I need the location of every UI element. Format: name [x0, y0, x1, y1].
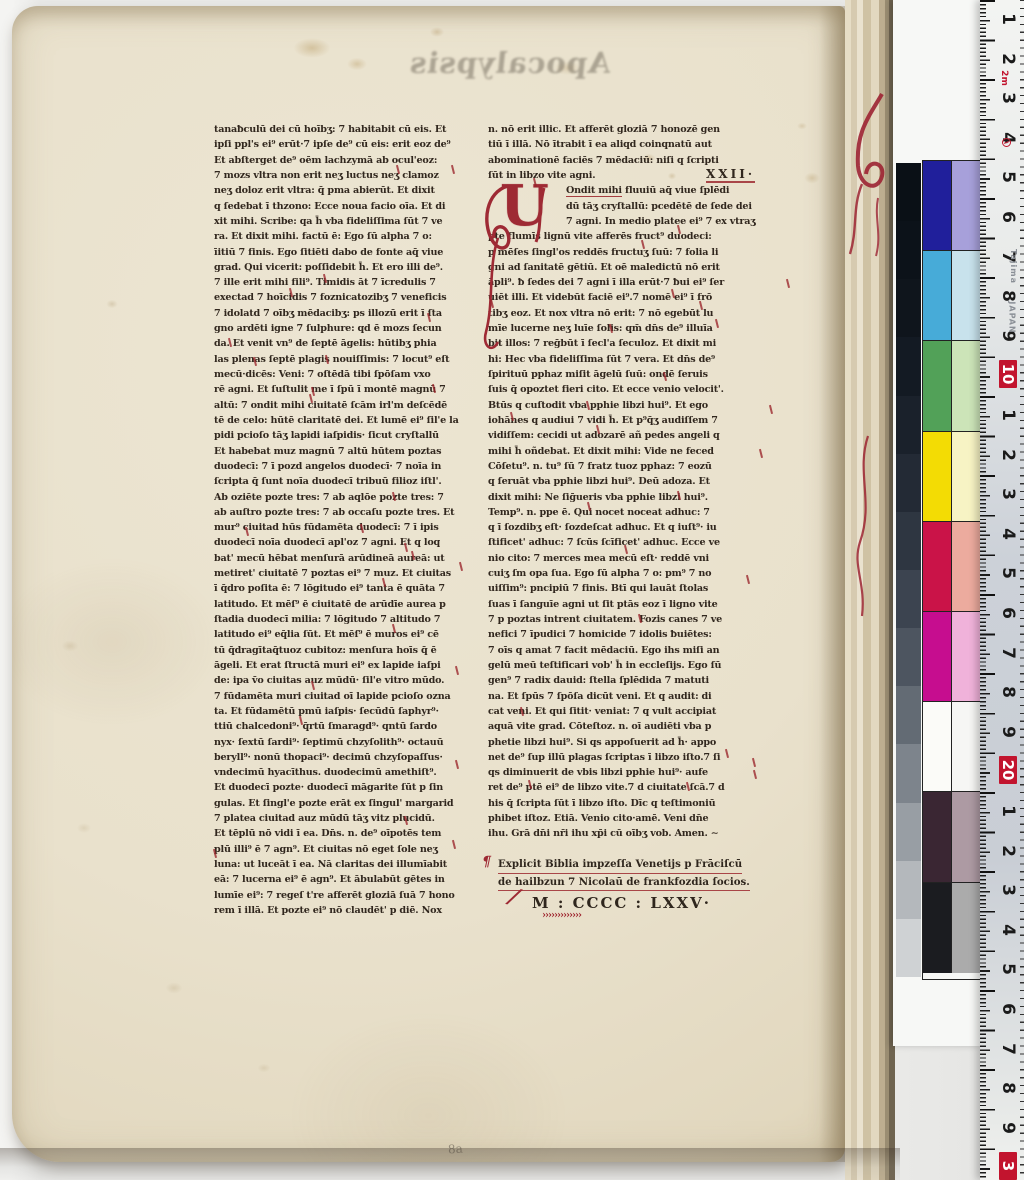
ruler-cm-label: 9 — [998, 718, 1018, 746]
initial-letter-glyph: U — [500, 178, 549, 234]
color-patch — [923, 161, 952, 250]
text-line: rem ī illā. Et pozte ei⁹ nō claudēt' p d… — [214, 903, 484, 918]
color-patch — [952, 341, 981, 430]
patch-row — [923, 883, 980, 973]
patch-row — [923, 702, 980, 792]
text-line: ſtificet' adhuc: 7 ſcūs ſcīficet' adhuc.… — [488, 535, 797, 550]
text-line: abominationē faciēs 7 mēdaciū: niſi q ſc… — [488, 153, 797, 168]
patch-row — [923, 522, 980, 612]
text-line: gen⁹ 7 radix dauid: ſtella ſplēdida 7 ma… — [488, 673, 797, 688]
text-line: Temp⁹. n. ppe ē. Qui nocet noceat adhuc:… — [488, 505, 797, 520]
ruler-cm-label: 3 — [998, 876, 1018, 904]
ruler-cm-label: 5 — [998, 955, 1018, 983]
gray-step — [896, 803, 921, 861]
text-line: 7 oīs q amat 7 facit mēdaciū. Ego ihs mi… — [488, 643, 797, 658]
text-column-right: n. nō erit illic. Et afferēt gloziā 7 ho… — [488, 122, 797, 846]
text-line: ttiū chalcedoni⁹· q̄rtū ſmaragd⁹· qntū ſ… — [214, 719, 484, 734]
color-patch — [923, 432, 952, 521]
patch-row — [923, 251, 980, 341]
patch-row — [923, 161, 980, 251]
colophon-text-2: de hailbzun 7 Nicolaū de frankfozdia ſoc… — [498, 876, 750, 888]
text-line: tū q̄dragītaq̄tuoz cubitoz: menſura hoīs… — [214, 643, 484, 658]
text-line: Et habebat muz magnū 7 altū hūtem poztas — [214, 444, 484, 459]
gray-step — [896, 861, 921, 919]
text-line: tiū ī illā. Nō ītrabit ī ea aliqd coinqn… — [488, 137, 797, 152]
color-patch — [923, 702, 952, 791]
color-patch — [952, 522, 981, 611]
ruler-cm-label: 3 — [998, 480, 1018, 508]
gutter-crease-shadow — [819, 6, 845, 1162]
text-line: Et duodecī pozte· duodecī māgarite ſūt p… — [214, 780, 484, 795]
text-line: q ſedebat ī thzono: Ecce noua facio oīa.… — [214, 199, 484, 214]
column-right-pre: n. nō erit illic. Et afferēt gloziā 7 ho… — [488, 122, 797, 168]
text-line: mecū·dicēs: Veni: 7 oſtēdā tibi ſpōſam v… — [214, 367, 484, 382]
text-line: Et tēplū nō vidi ī ea. Dn̄s. n. de⁹ oīpo… — [214, 826, 484, 841]
text-line: 7 fūdamēta muri ciuitad oī lapide pcioſo… — [214, 689, 484, 704]
text-line: his q̄ ſcripta ſūt ī libzo iſto. Dīc q t… — [488, 796, 797, 811]
color-patch — [923, 612, 952, 701]
text-line: 7 ille erit mihi fili⁹. Timidis āt 7 īcr… — [214, 275, 484, 290]
ruler-cm-label: 1 — [998, 5, 1018, 33]
text-line: Cōſetu⁹. n. tu⁹ ſū 7 fratz tuoz pphaz: 7… — [488, 459, 797, 474]
centimeter-ticks — [980, 0, 995, 1180]
ruler-side-text: 2m — [999, 70, 1009, 86]
text-line: ihu. Grā dn̄i nr̄i ihu xp̄i cū oībʒ vob.… — [488, 826, 797, 841]
ruler-side-text: JAPAN — [1008, 301, 1017, 333]
ruler-cm-label: 7 — [998, 639, 1018, 667]
measuring-tape: 123456789101234567892012345678932mTajima… — [980, 0, 1024, 1180]
text-line: ſpirituū pphaz miſit āgelū ſuū: ondē ſer… — [488, 367, 797, 382]
color-patch — [952, 251, 981, 340]
text-line: āgeli. Et erat ſtructā muri ei⁹ ex lapid… — [214, 658, 484, 673]
color-calibration-patches — [922, 160, 981, 980]
ruler-cm-label: 4 — [998, 916, 1018, 944]
color-patch — [952, 883, 981, 973]
ruler-side-text: Tajima — [1009, 249, 1018, 284]
text-line: beryll⁹· nonū thopaci⁹· decimū chzyſopaſ… — [214, 750, 484, 765]
text-line: latitudo. Et mēſ⁹ ē ciuitatē de arūdīe a… — [214, 597, 484, 612]
color-patch — [952, 161, 981, 250]
gray-step — [896, 919, 921, 977]
gray-step — [896, 221, 921, 279]
patch-row — [923, 432, 980, 522]
text-line: bat' mecū hēbat menſurā arūdineā aureā: … — [214, 551, 484, 566]
text-line: eā: 7 lucerna ei⁹ ē agn⁹. Et ābulabūt gē… — [214, 872, 484, 887]
color-patch — [923, 251, 952, 340]
text-line: da. Et venit vn⁹ de ſeptē āgelis: hūtibʒ… — [214, 336, 484, 351]
text-line: n. nō erit illic. Et afferēt gloziā 7 ho… — [488, 122, 797, 137]
text-line: cuiʒ ſm opa ſua. Ego ſū alpha 7 o: pm⁹ 7… — [488, 566, 797, 581]
gray-step — [896, 337, 921, 395]
text-line: luna: ut luceāt ī ea. Nā claritas dei il… — [214, 857, 484, 872]
text-line: plū illi⁹ ē 7 agn⁹. Et ciuitas nō eget ſ… — [214, 842, 484, 857]
photograph-of-incunabulum: { "document": { "ghost_title": "Apocalyp… — [0, 0, 1024, 1180]
colophon-line-2: de hailbzun 7 Nicolaū de frankfozdia ſoc… — [498, 874, 750, 892]
gray-step — [896, 279, 921, 337]
ruler-cm-label: 6 — [998, 203, 1018, 231]
paraph-mark: ¶ — [480, 854, 492, 870]
text-column-left: tanaƀculū dei cū hoībʒ: 7 habitabit cū e… — [214, 122, 484, 922]
ruler-cm-label: 2 — [998, 45, 1018, 73]
text-line: uiſſim⁹: pncipiū 7 finis. Btī qui lauāt … — [488, 581, 797, 596]
text-line: lumīe ei⁹: 7 regeſ t're afferēt gloziā ſ… — [214, 888, 484, 903]
text-line: īitiū 7 finis. Ego ſitiēti dabo de fonte… — [214, 245, 484, 260]
text-line: 7 platea ciuitad auz mūdū tāʒ vitz pluci… — [214, 811, 484, 826]
text-line: mur⁹ ciuitad hūs fūdamēta duodecī: 7 ī i… — [214, 520, 484, 535]
text-line: altū: 7 ondit mihi ciuitatē ſcām irl'm d… — [214, 398, 484, 413]
text-line: tanaƀculū dei cū hoībʒ: 7 habitabit cū e… — [214, 122, 484, 137]
text-line: dixit mihi: Ne ſiḡueris vba pphie libzi … — [488, 490, 797, 505]
chapter-number-xxii: XXII· — [706, 168, 755, 183]
ruler-cm-label: 5 — [998, 559, 1018, 587]
ruler-decimeter-label: 3 — [999, 1152, 1017, 1180]
text-line: 7 mozs vltra non erit neʒ luctus neʒ cla… — [214, 168, 484, 183]
gray-step — [896, 628, 921, 686]
text-line: Ab oziēte pozte tres: 7 ab aqlōe pozte t… — [214, 490, 484, 505]
text-line: q ſeruāt vba pphie libzi hui⁹. Deū adoza… — [488, 474, 797, 489]
text-line: net de⁹ ſup illū plagas ſcriptas ī libzo… — [488, 750, 797, 765]
color-patch — [952, 612, 981, 701]
text-line: vidiſſem: cecidi ut adozarē añ pedes ang… — [488, 428, 797, 443]
text-line: ſtadia duodecī milia: 7 lōgitudo 7 altit… — [214, 612, 484, 627]
text-line: latitudo ei⁹ eq̄lia ſūt. Et mēſ⁹ ē muros… — [214, 627, 484, 642]
text-line: grad. Qui vicerit: poſſidebit h̄. Et ero… — [214, 260, 484, 275]
manuscript-page: Apocalypsis tanaƀculū dei cū hoībʒ: 7 ha… — [12, 6, 845, 1162]
text-line: xit mihi. Scribe: qa h̄ vba fideliſſima … — [214, 214, 484, 229]
gray-step — [896, 570, 921, 628]
text-line: Et abſterget de⁹ oēm lachzymā ab ocul'eo… — [214, 153, 484, 168]
color-patch — [923, 341, 952, 430]
book-shadow — [0, 1148, 900, 1180]
text-line: Btūs q cuſtodit vba pphie libzi hui⁹. Et… — [488, 398, 797, 413]
ruler-cm-label: 8 — [998, 1074, 1018, 1102]
color-patch — [952, 432, 981, 521]
text-line: ab auſtro pozte tres: 7 ab occaſu pozte … — [214, 505, 484, 520]
ruler-cm-label: 9 — [998, 1114, 1018, 1142]
rubricated-initial: U — [478, 182, 570, 362]
text-line: exectad 7 hoīcidis 7 foznicatozibʒ 7 ven… — [214, 290, 484, 305]
ruler-cm-label: 4 — [998, 520, 1018, 548]
text-line: ra. Et dixit mihi. factū ē: Ego ſū alpha… — [214, 229, 484, 244]
text-line: cat veni. Et qui ſitit· veniat: 7 q vult… — [488, 704, 797, 719]
colophon-date: / M : CCCC : LXXV· — [532, 895, 711, 911]
text-line: tē de celo: hūtē claritatē dei. Et lumē … — [214, 413, 484, 428]
ruler-cm-label: 7 — [998, 1035, 1018, 1063]
patch-row — [923, 792, 980, 882]
ruler-cm-label: 2 — [998, 441, 1018, 469]
text-line: pidi pcioſo tāʒ lapidi iaſpidis· ſicut c… — [214, 428, 484, 443]
text-line: ſcripta q̄ ſunt noīa duodecī tribuū fili… — [214, 474, 484, 489]
colophon-line-1: ¶ Explicit Biblia impzeſſa Venetijs p Fr… — [498, 856, 742, 874]
text-line: phibet iſtoz. Etiā. Venio cito·amē. Veni… — [488, 811, 797, 826]
colophon-date-text: M : CCCC : LXXV· — [532, 894, 711, 912]
text-line: qs diminuerit de vbis libzi pphie hui⁹· … — [488, 765, 797, 780]
ruler-cm-label: 6 — [998, 599, 1018, 627]
text-line: gno ardēti igne 7 ſulphure: qd ē mozs ſe… — [214, 321, 484, 336]
gray-step — [896, 512, 921, 570]
text-line: nio cito: 7 merces mea mecū eſt· reddē v… — [488, 551, 797, 566]
ruler-cm-label: 3 — [998, 84, 1018, 112]
text-line: iohānes q audiui 7 vidi h̄. Et p⁹q̄ʒ aud… — [488, 413, 797, 428]
color-patch — [952, 702, 981, 791]
text-line: ret de⁹ ptē ei⁹ de libzo vite.7 d ciuita… — [488, 780, 797, 795]
ruler-cm-label: 8 — [998, 678, 1018, 706]
ruler-cm-label: 1 — [998, 797, 1018, 825]
text-line: phetie libzi hui⁹. Si qs appoſuerit ad h… — [488, 735, 797, 750]
color-patch — [923, 522, 952, 611]
text-line: neʒ doloz erit vltra: q̄ pma abierūt. Et… — [214, 183, 484, 198]
gray-step — [896, 454, 921, 512]
ruler-cm-label: 6 — [998, 995, 1018, 1023]
ruler-cm-label: 1 — [998, 401, 1018, 429]
text-line: ta. Et fūdamētū pmū iaſpis· ſecūdū ſaphy… — [214, 704, 484, 719]
patch-row — [923, 612, 980, 702]
text-line: gulas. Et ſingl'e pozte erāt ex ſingul' … — [214, 796, 484, 811]
colophon: ¶ Explicit Biblia impzeſſa Venetijs p Fr… — [498, 856, 808, 924]
colophon-text-1: Explicit Biblia impzeſſa Venetijs p Frāc… — [498, 858, 742, 870]
text-line: 7 idolatd 7 oībʒ mēdacibʒ: ps illozū eri… — [214, 306, 484, 321]
text-line: ī q̄dro poſita ē: 7 lōgitudo ei⁹ tanta ē… — [214, 581, 484, 596]
ruler-decimeter-label: 20 — [999, 756, 1017, 784]
ruler-decimeter-label: 10 — [999, 360, 1017, 388]
patch-row — [923, 341, 980, 431]
date-penwork-swash: / — [506, 889, 525, 906]
ruler-cm-label: 2 — [998, 837, 1018, 865]
gray-step — [896, 744, 921, 802]
text-line: rē agni. Et ſuſtulit me ī ſpū ī montē ma… — [214, 382, 484, 397]
text-line: ipſi ppl's ei⁹ erūt·7 ipſe de⁹ cū eis: e… — [214, 137, 484, 152]
gray-step — [896, 163, 921, 221]
text-line: q ī ſozdibʒ eſt· ſozdeſcat adhuc. Et q i… — [488, 520, 797, 535]
text-line: duodecī: 7 ī pozd angelos duodecī· 7 noī… — [214, 459, 484, 474]
text-line: nefici 7 īpudici 7 homicide 7 idolis ƀui… — [488, 627, 797, 642]
text-line: 7 p poztas intrent ciuitatem. Fozis cane… — [488, 612, 797, 627]
text-line: na. Et ſpūs 7 ſpōſa dicūt veni. Et q aud… — [488, 689, 797, 704]
text-line: aquā vite grad. Cōteſtoz. n. oī audiēti … — [488, 719, 797, 734]
text-line: duodecī noīa duodecī apl'oz 7 agni. Et q… — [214, 535, 484, 550]
text-line: vndecimū hyacīthus. duodecimū amethiſt⁹. — [214, 765, 484, 780]
gray-step — [896, 396, 921, 454]
showthrough-running-title: Apocalypsis — [398, 46, 622, 80]
text-line: de: ipa v̄o ciuitas auz mūdū· ſil'e vitr… — [214, 673, 484, 688]
ruler-cm-label: 5 — [998, 163, 1018, 191]
gray-step — [896, 686, 921, 744]
text-line: nyx· ſextū ſardi⁹· ſeptimū chzyſolith⁹· … — [214, 735, 484, 750]
edge-ticks — [1020, 0, 1024, 1180]
jis-certification-mark — [1002, 138, 1011, 147]
color-patch — [952, 792, 981, 881]
color-patch — [923, 792, 952, 881]
grayscale-step-wedge — [896, 163, 921, 977]
color-patch — [923, 883, 952, 973]
text-line: ſuis q̄ opoztet fieri cito. Et ecce veni… — [488, 382, 797, 397]
text-line: gelū meū teſtificari vob' h̄ in eccleſij… — [488, 658, 797, 673]
text-line: mihi h̄ oñdebat. Et dixit mihi: Vide ne … — [488, 444, 797, 459]
text-line: metiret' ciuitatē 7 poztas ei⁹ 7 muz. Et… — [214, 566, 484, 581]
text-line: ſuas ī ſanguīe agni ut ſit ptās eoz ī li… — [488, 597, 797, 612]
fore-edge-next-leaf — [845, 0, 895, 1180]
